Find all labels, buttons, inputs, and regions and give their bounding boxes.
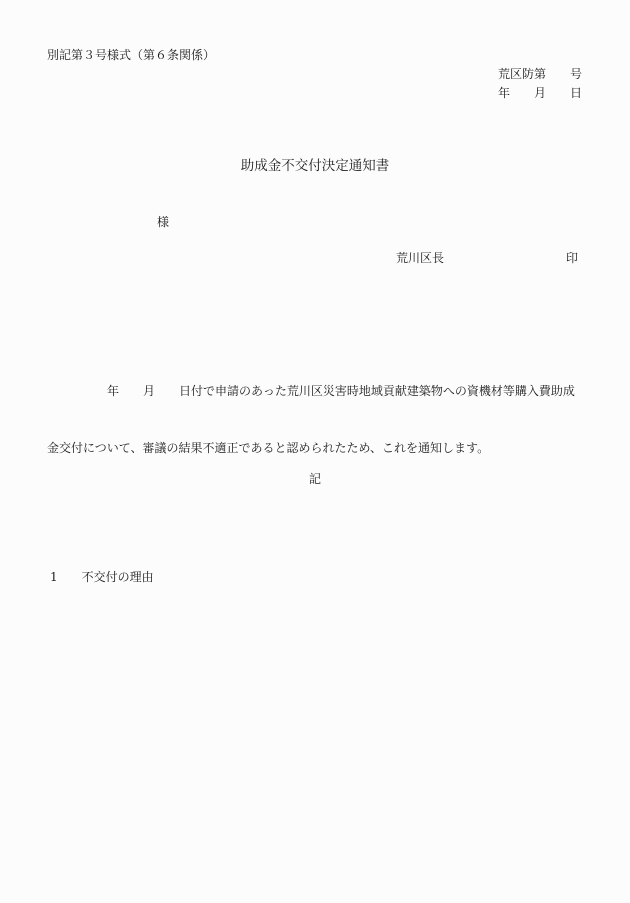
document-date: 年 月 日	[498, 87, 582, 99]
document-number: 荒区防第 号	[498, 68, 582, 80]
body-line-1: 年 月 日付で申請のあった荒川区災害時地域貢献建築物への資機材等購入費助成	[47, 382, 587, 401]
item-spacer	[58, 570, 82, 584]
body-line-2: 金交付について、審議の結果不適正であると認められたため、これを通知します。	[47, 439, 587, 458]
form-label: 別記第３号様式（第６条関係）	[47, 49, 215, 61]
ki-heading: 記	[0, 473, 630, 485]
item-reason: 1 不交付の理由	[50, 571, 154, 583]
issuer-name: 荒川区長	[396, 252, 444, 264]
document-title: 助成金不交付決定通知書	[0, 160, 630, 174]
body-paragraph: 年 月 日付で申請のあった荒川区災害時地域貢献建築物への資機材等購入費助成 金交…	[47, 344, 587, 477]
seal-mark: 印	[566, 252, 578, 264]
item-number: 1	[50, 570, 58, 584]
recipient-honorific: 様	[157, 216, 169, 228]
item-label: 不交付の理由	[82, 570, 154, 584]
